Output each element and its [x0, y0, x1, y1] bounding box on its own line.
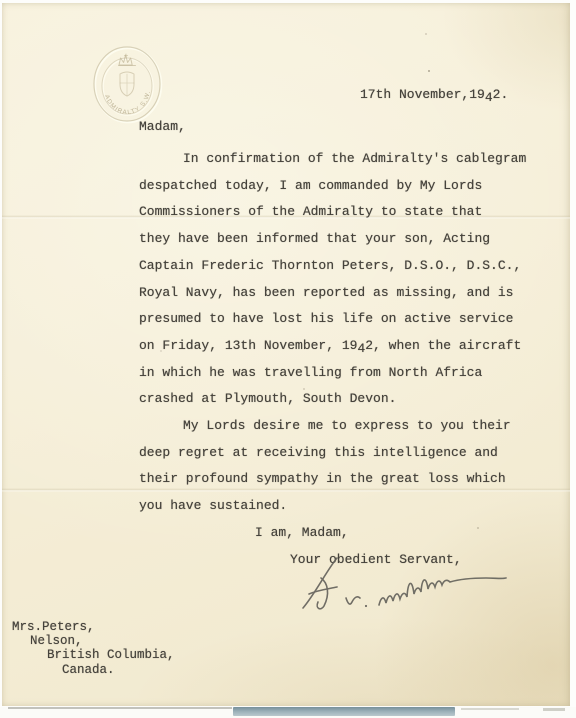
text-segment: My Lords desire me to express to you the…: [183, 418, 511, 433]
text-segment: on Friday, 13th November, 19: [139, 338, 357, 353]
letter-line: I am, Madam,: [139, 520, 551, 547]
letter-line: in which he was travelling from North Af…: [139, 360, 551, 387]
text-segment: despatched today, I am commanded by My L…: [139, 178, 482, 193]
paper-speck: [428, 70, 430, 72]
bottom-scrollbar: [0, 707, 576, 718]
text-segment: crashed at Plymouth, South Devon.: [139, 391, 396, 406]
letter-line: crashed at Plymouth, South Devon.: [139, 386, 551, 413]
text-segment: deep regret at receiving this intelligen…: [139, 445, 498, 460]
letter-line: presumed to have lost his life on active…: [139, 306, 551, 333]
signature-stroke: [379, 578, 506, 605]
recipient-line: Nelson,: [12, 634, 175, 648]
letter-line: despatched today, I am commanded by My L…: [139, 173, 551, 200]
recipient-address: Mrs.Peters,Nelson,British Columbia,Canad…: [12, 620, 175, 677]
recipient-line: Mrs.Peters,: [12, 620, 175, 634]
scrollbar-thumb[interactable]: [233, 707, 455, 716]
letter-line: In confirmation of the Admiralty's cable…: [139, 146, 551, 173]
letter-line: Captain Frederic Thornton Peters, D.S.O.…: [139, 253, 551, 280]
letter-line: their profound sympathy in the great los…: [139, 466, 551, 493]
admiralty-embossed-seal: ADMIRALTY S.W.: [88, 42, 166, 126]
text-segment: Commissioners of the Admiralty to state …: [139, 204, 482, 219]
seal-text: ADMIRALTY S.W.: [103, 90, 152, 116]
letter-line: on Friday, 13th November, 1942, when the…: [139, 333, 551, 360]
text-segment: in which he was travelling from North Af…: [139, 365, 482, 380]
scan-edge-mark: [461, 708, 519, 710]
text-segment: I am, Madam,: [255, 525, 349, 540]
text-segment: In confirmation of the Admiralty's cable…: [183, 151, 526, 166]
text-segment: Captain Frederic Thornton Peters, D.S.O.…: [139, 258, 521, 273]
letter-line: they have been informed that your son, A…: [139, 226, 551, 253]
paper-speck: [425, 33, 427, 35]
text-segment: their profound sympathy in the great los…: [139, 471, 506, 486]
text-segment: 2, when the aircraft: [365, 338, 521, 353]
letter-line: deep regret at receiving this intelligen…: [139, 440, 551, 467]
dropped-char: 4: [357, 341, 365, 356]
dropped-char: 4: [485, 90, 493, 105]
text-segment: 17th November,19: [360, 87, 485, 102]
recipient-line: British Columbia,: [12, 648, 175, 662]
scan-edge-mark: [543, 708, 565, 711]
text-segment: Royal Navy, has been reported as missing…: [139, 285, 513, 300]
text-segment: presumed to have lost his life on active…: [139, 311, 513, 326]
signature-stroke: [317, 578, 327, 609]
scrollbar-track-line: [8, 707, 232, 709]
letter-line: Royal Navy, has been reported as missing…: [139, 280, 551, 307]
text-segment: they have been informed that your son, A…: [139, 231, 490, 246]
svg-text:ADMIRALTY S.W.: ADMIRALTY S.W.: [103, 90, 152, 116]
signature-stroke: [303, 558, 337, 608]
letter-line: you have sustained.: [139, 493, 551, 520]
signature-dot: [365, 605, 367, 607]
signature-stroke: [346, 597, 360, 604]
recipient-line: Canada.: [12, 663, 175, 677]
letter-date: 17th November,1942.: [360, 87, 508, 102]
signature-handwritten: [293, 556, 549, 612]
letter-line: My Lords desire me to express to you the…: [139, 413, 551, 440]
signature-stroke: [309, 587, 337, 594]
letter-body: In confirmation of the Admiralty's cable…: [139, 146, 551, 573]
letter-line: Commissioners of the Admiralty to state …: [139, 199, 551, 226]
salutation: Madam,: [139, 119, 186, 134]
text-segment: 2.: [493, 87, 509, 102]
text-segment: you have sustained.: [139, 498, 287, 513]
scanned-letter: ADMIRALTY S.W. 17th November,1942. Madam…: [0, 0, 576, 718]
